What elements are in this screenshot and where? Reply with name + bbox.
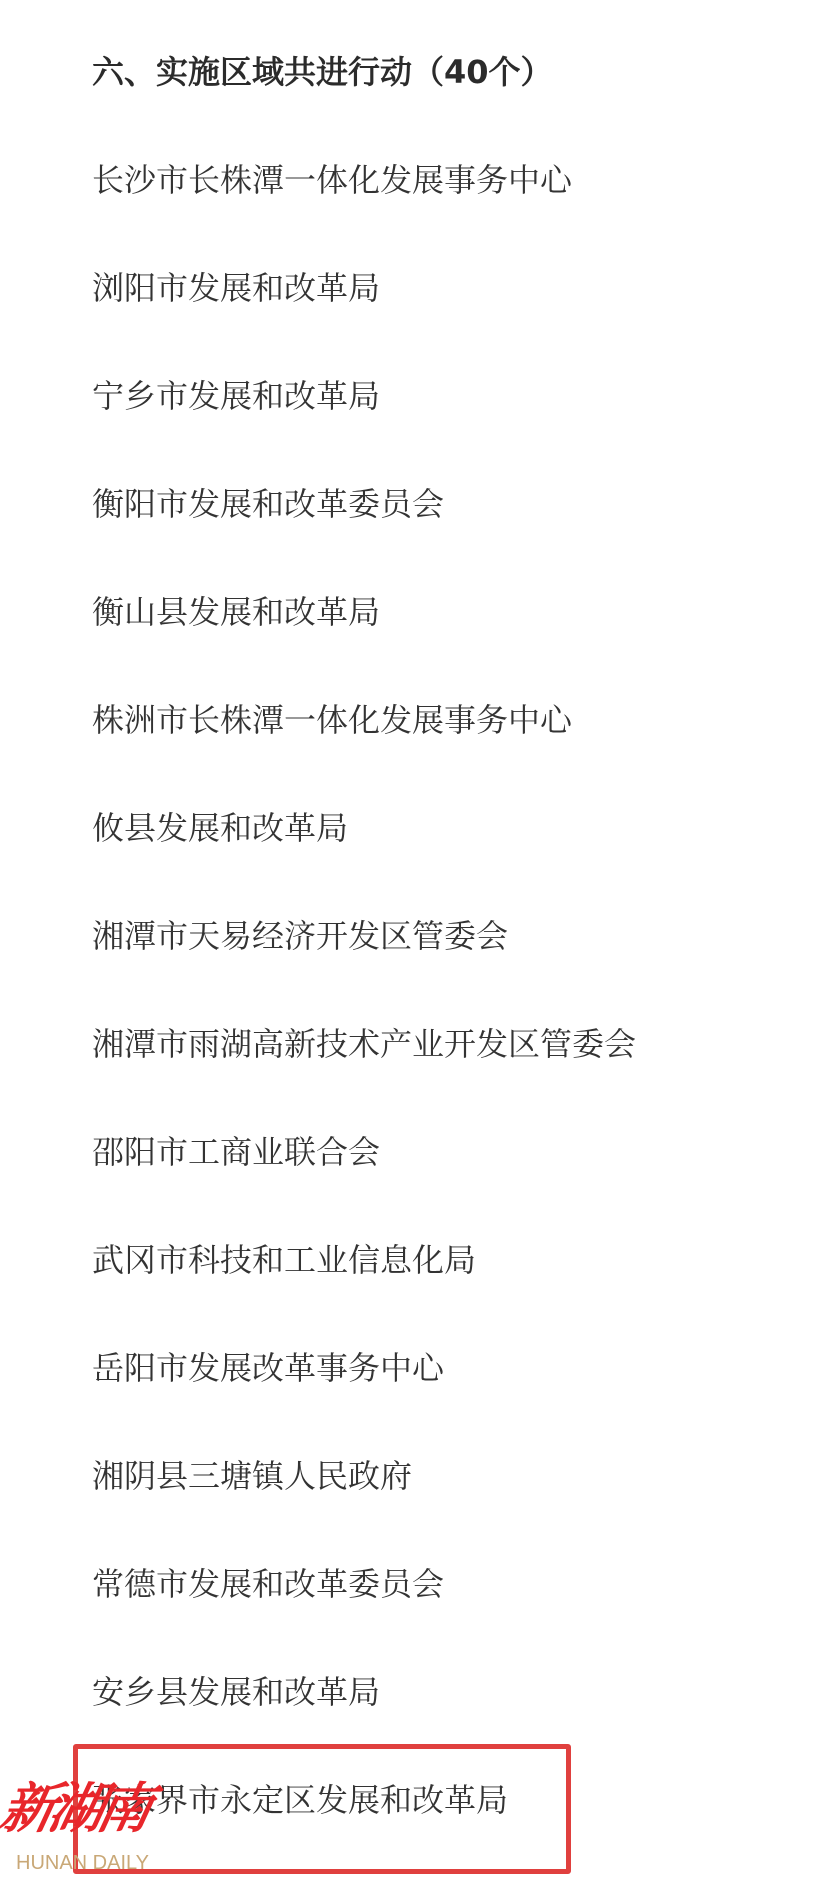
organization-list: 长沙市长株潭一体化发展事务中心 浏阳市发展和改革局 宁乡市发展和改革局 衡阳市发… [92,158,636,1881]
list-item: 衡山县发展和改革局 [92,590,636,698]
list-item: 株洲市长株潭一体化发展事务中心 [92,698,636,806]
watermark-logo-chinese: 新湖南 [0,1778,152,1838]
list-item: 邵阳市工商业联合会 [92,1130,636,1238]
list-item: 长沙市长株潭一体化发展事务中心 [92,158,636,266]
list-item: 常德市发展和改革委员会 [92,1562,636,1670]
list-item: 湘阴县三塘镇人民政府 [92,1454,636,1562]
watermark-logo-english: HUNAN DAILY [16,1852,149,1875]
list-item: 岳阳市发展改革事务中心 [92,1346,636,1454]
list-item: 衡阳市发展和改革委员会 [92,482,636,590]
list-item: 湘潭市天易经济开发区管委会 [92,914,636,1022]
hunan-daily-watermark: 新湖南 HUNAN DAILY [2,1778,172,1881]
section-heading: 六、实施区域共进行动（40个） [92,50,553,94]
list-item: 宁乡市发展和改革局 [92,374,636,482]
list-item: 武冈市科技和工业信息化局 [92,1238,636,1346]
list-item: 攸县发展和改革局 [92,806,636,914]
list-item: 浏阳市发展和改革局 [92,266,636,374]
list-item: 湘潭市雨湖高新技术产业开发区管委会 [92,1022,636,1130]
